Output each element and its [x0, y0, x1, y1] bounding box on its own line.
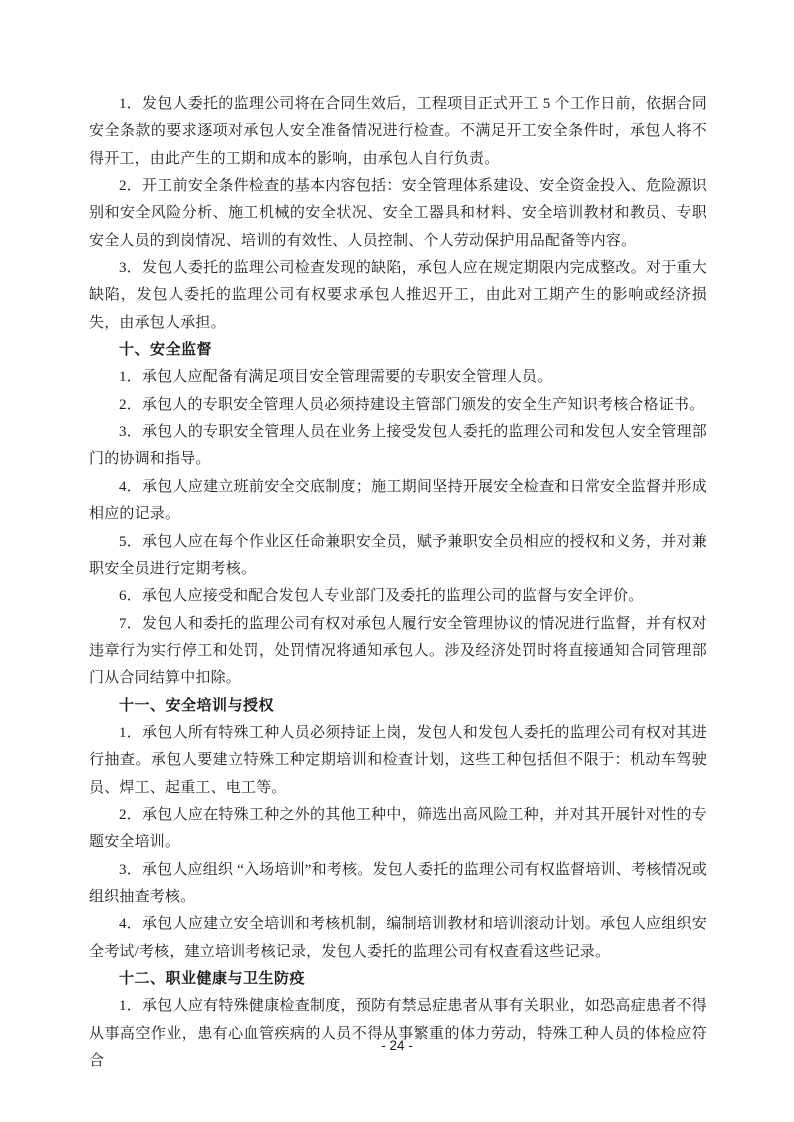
paragraph: 1．承包人应有特殊健康检查制度，预防有禁忌症患者从事有关职业，如恐高症患者不得从… — [89, 993, 707, 1075]
section-heading-12: 十二、职业健康与卫生防疫 — [89, 966, 707, 993]
paragraph: 7．发包人和委托的监理公司有权对承包人履行安全管理协议的情况进行监督，并有权对违… — [89, 611, 707, 693]
paragraph: 1．发包人委托的监理公司将在合同生效后，工程项目正式开工 5 个工作日前，依据合… — [89, 91, 707, 173]
paragraph: 2．承包人应在特殊工种之外的其他工种中，筛选出高风险工种，并对其开展针对性的专题… — [89, 802, 707, 857]
document-body: 1．发包人委托的监理公司将在合同生效后，工程项目正式开工 5 个工作日前，依据合… — [89, 91, 707, 1075]
paragraph: 5．承包人应在每个作业区任命兼职安全员，赋予兼职安全员相应的授权和义务，并对兼职… — [89, 529, 707, 584]
section-heading-11: 十一、安全培训与授权 — [89, 693, 707, 720]
paragraph: 6．承包人应接受和配合发包人专业部门及委托的监理公司的监督与安全评价。 — [89, 583, 707, 610]
paragraph: 2．承包人的专职安全管理人员必须持建设主管部门颁发的安全生产知识考核合格证书。 — [89, 392, 707, 419]
document-page: 1．发包人委托的监理公司将在合同生效后，工程项目正式开工 5 个工作日前，依据合… — [0, 0, 794, 1122]
paragraph: 3．承包人应组织 “入场培训”和考核。发包人委托的监理公司有权监督培训、考核情况… — [89, 857, 707, 912]
paragraph: 1．承包人所有特殊工种人员必须持证上岗，发包人和发包人委托的监理公司有权对其进行… — [89, 720, 707, 802]
paragraph: 3．承包人的专职安全管理人员在业务上接受发包人委托的监理公司和发包人安全管理部门… — [89, 419, 707, 474]
paragraph: 3．发包人委托的监理公司检查发现的缺陷，承包人应在规定期限内完成整改。对于重大缺… — [89, 255, 707, 337]
paragraph: 2．开工前安全条件检查的基本内容包括：安全管理体系建设、安全资金投入、危险源识别… — [89, 173, 707, 255]
page-number: - 24 - — [0, 1036, 794, 1056]
paragraph: 4．承包人应建立安全培训和考核机制，编制培训教材和培训滚动计划。承包人应组织安全… — [89, 911, 707, 966]
paragraph: 1．承包人应配备有满足项目安全管理需要的专职安全管理人员。 — [89, 364, 707, 391]
section-heading-10: 十、安全监督 — [89, 337, 707, 364]
paragraph: 4．承包人应建立班前安全交底制度；施工期间坚持开展安全检查和日常安全监督并形成相… — [89, 474, 707, 529]
